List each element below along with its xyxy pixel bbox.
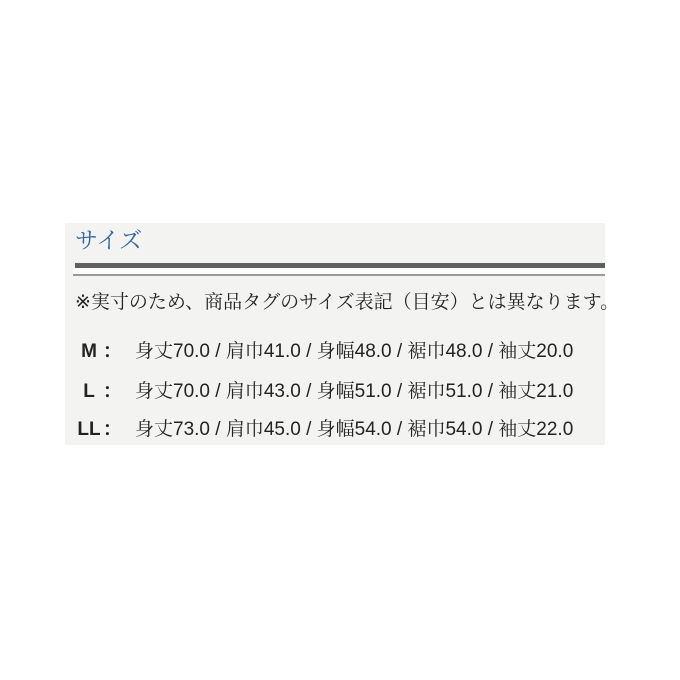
size-row: M ： 身丈70.0 / 肩巾41.0 / 身幅48.0 / 裾巾48.0 / … [75,341,573,362]
size-row: LL ： 身丈73.0 / 肩巾45.0 / 身幅54.0 / 裾巾54.0 /… [75,419,573,440]
size-label-separator: ： [103,381,122,402]
size-label-separator: ： [103,341,122,362]
size-label: L [75,381,103,402]
size-measurements: 身丈70.0 / 肩巾43.0 / 身幅51.0 / 裾巾51.0 / 袖丈21… [135,381,573,402]
size-label-separator: ： [103,419,122,440]
section-title: サイズ [75,226,142,254]
size-measurements: 身丈73.0 / 肩巾45.0 / 身幅54.0 / 裾巾54.0 / 袖丈22… [135,419,573,440]
size-measurements: 身丈70.0 / 肩巾41.0 / 身幅48.0 / 裾巾48.0 / 袖丈20… [135,341,573,362]
size-section: サイズ ※実寸のため、商品タグのサイズ表記（目安）とは異なります。 M ： 身丈… [65,223,605,445]
size-note: ※実寸のため、商品タグのサイズ表記（目安）とは異なります。 [75,292,619,313]
size-label: LL [75,419,103,440]
divider-thin [73,274,605,276]
size-row: L ： 身丈70.0 / 肩巾43.0 / 身幅51.0 / 裾巾51.0 / … [75,381,573,402]
size-label: M [75,341,103,362]
